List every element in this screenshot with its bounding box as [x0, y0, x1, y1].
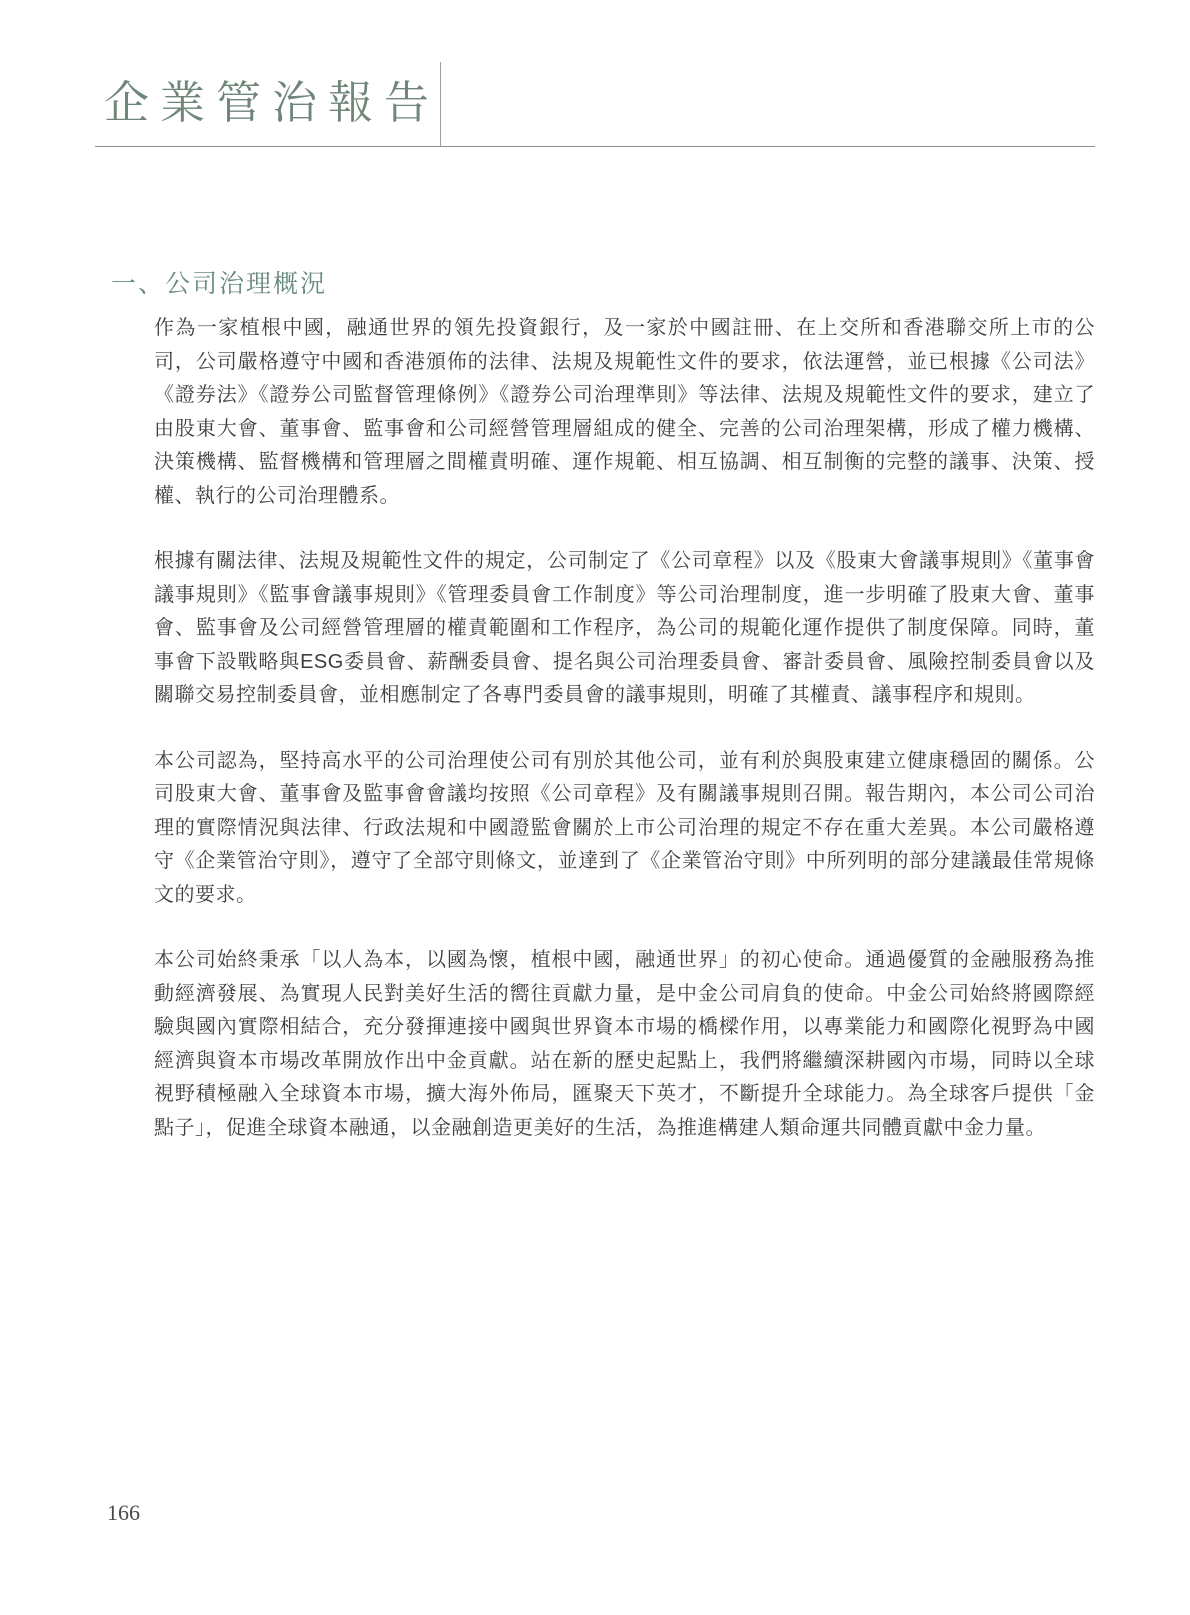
header-horizontal-rule	[95, 146, 1095, 147]
paragraph: 本公司始終秉承「以人為本，以國為懷，植根中國，融通世界」的初心使命。通過優質的金…	[154, 944, 1095, 1145]
paragraph: 本公司認為，堅持高水平的公司治理使公司有別於其他公司，並有利於與股東建立健康穩固…	[154, 745, 1095, 913]
report-title: 企業管治報告	[104, 66, 440, 131]
header-vertical-divider	[440, 62, 441, 146]
report-page: 企業管治報告 一、公司治理概況 作為一家植根中國，融通世界的領先投資銀行，及一家…	[0, 0, 1190, 1615]
section-body: 作為一家植根中國，融通世界的領先投資銀行，及一家於中國註冊、在上交所和香港聯交所…	[154, 312, 1095, 1177]
paragraph: 作為一家植根中國，融通世界的領先投資銀行，及一家於中國註冊、在上交所和香港聯交所…	[154, 312, 1095, 513]
section-heading: 一、公司治理概況	[111, 264, 327, 300]
page-number: 166	[107, 1500, 140, 1526]
paragraph: 根據有關法律、法規及規範性文件的規定，公司制定了《公司章程》以及《股東大會議事規…	[154, 545, 1095, 713]
